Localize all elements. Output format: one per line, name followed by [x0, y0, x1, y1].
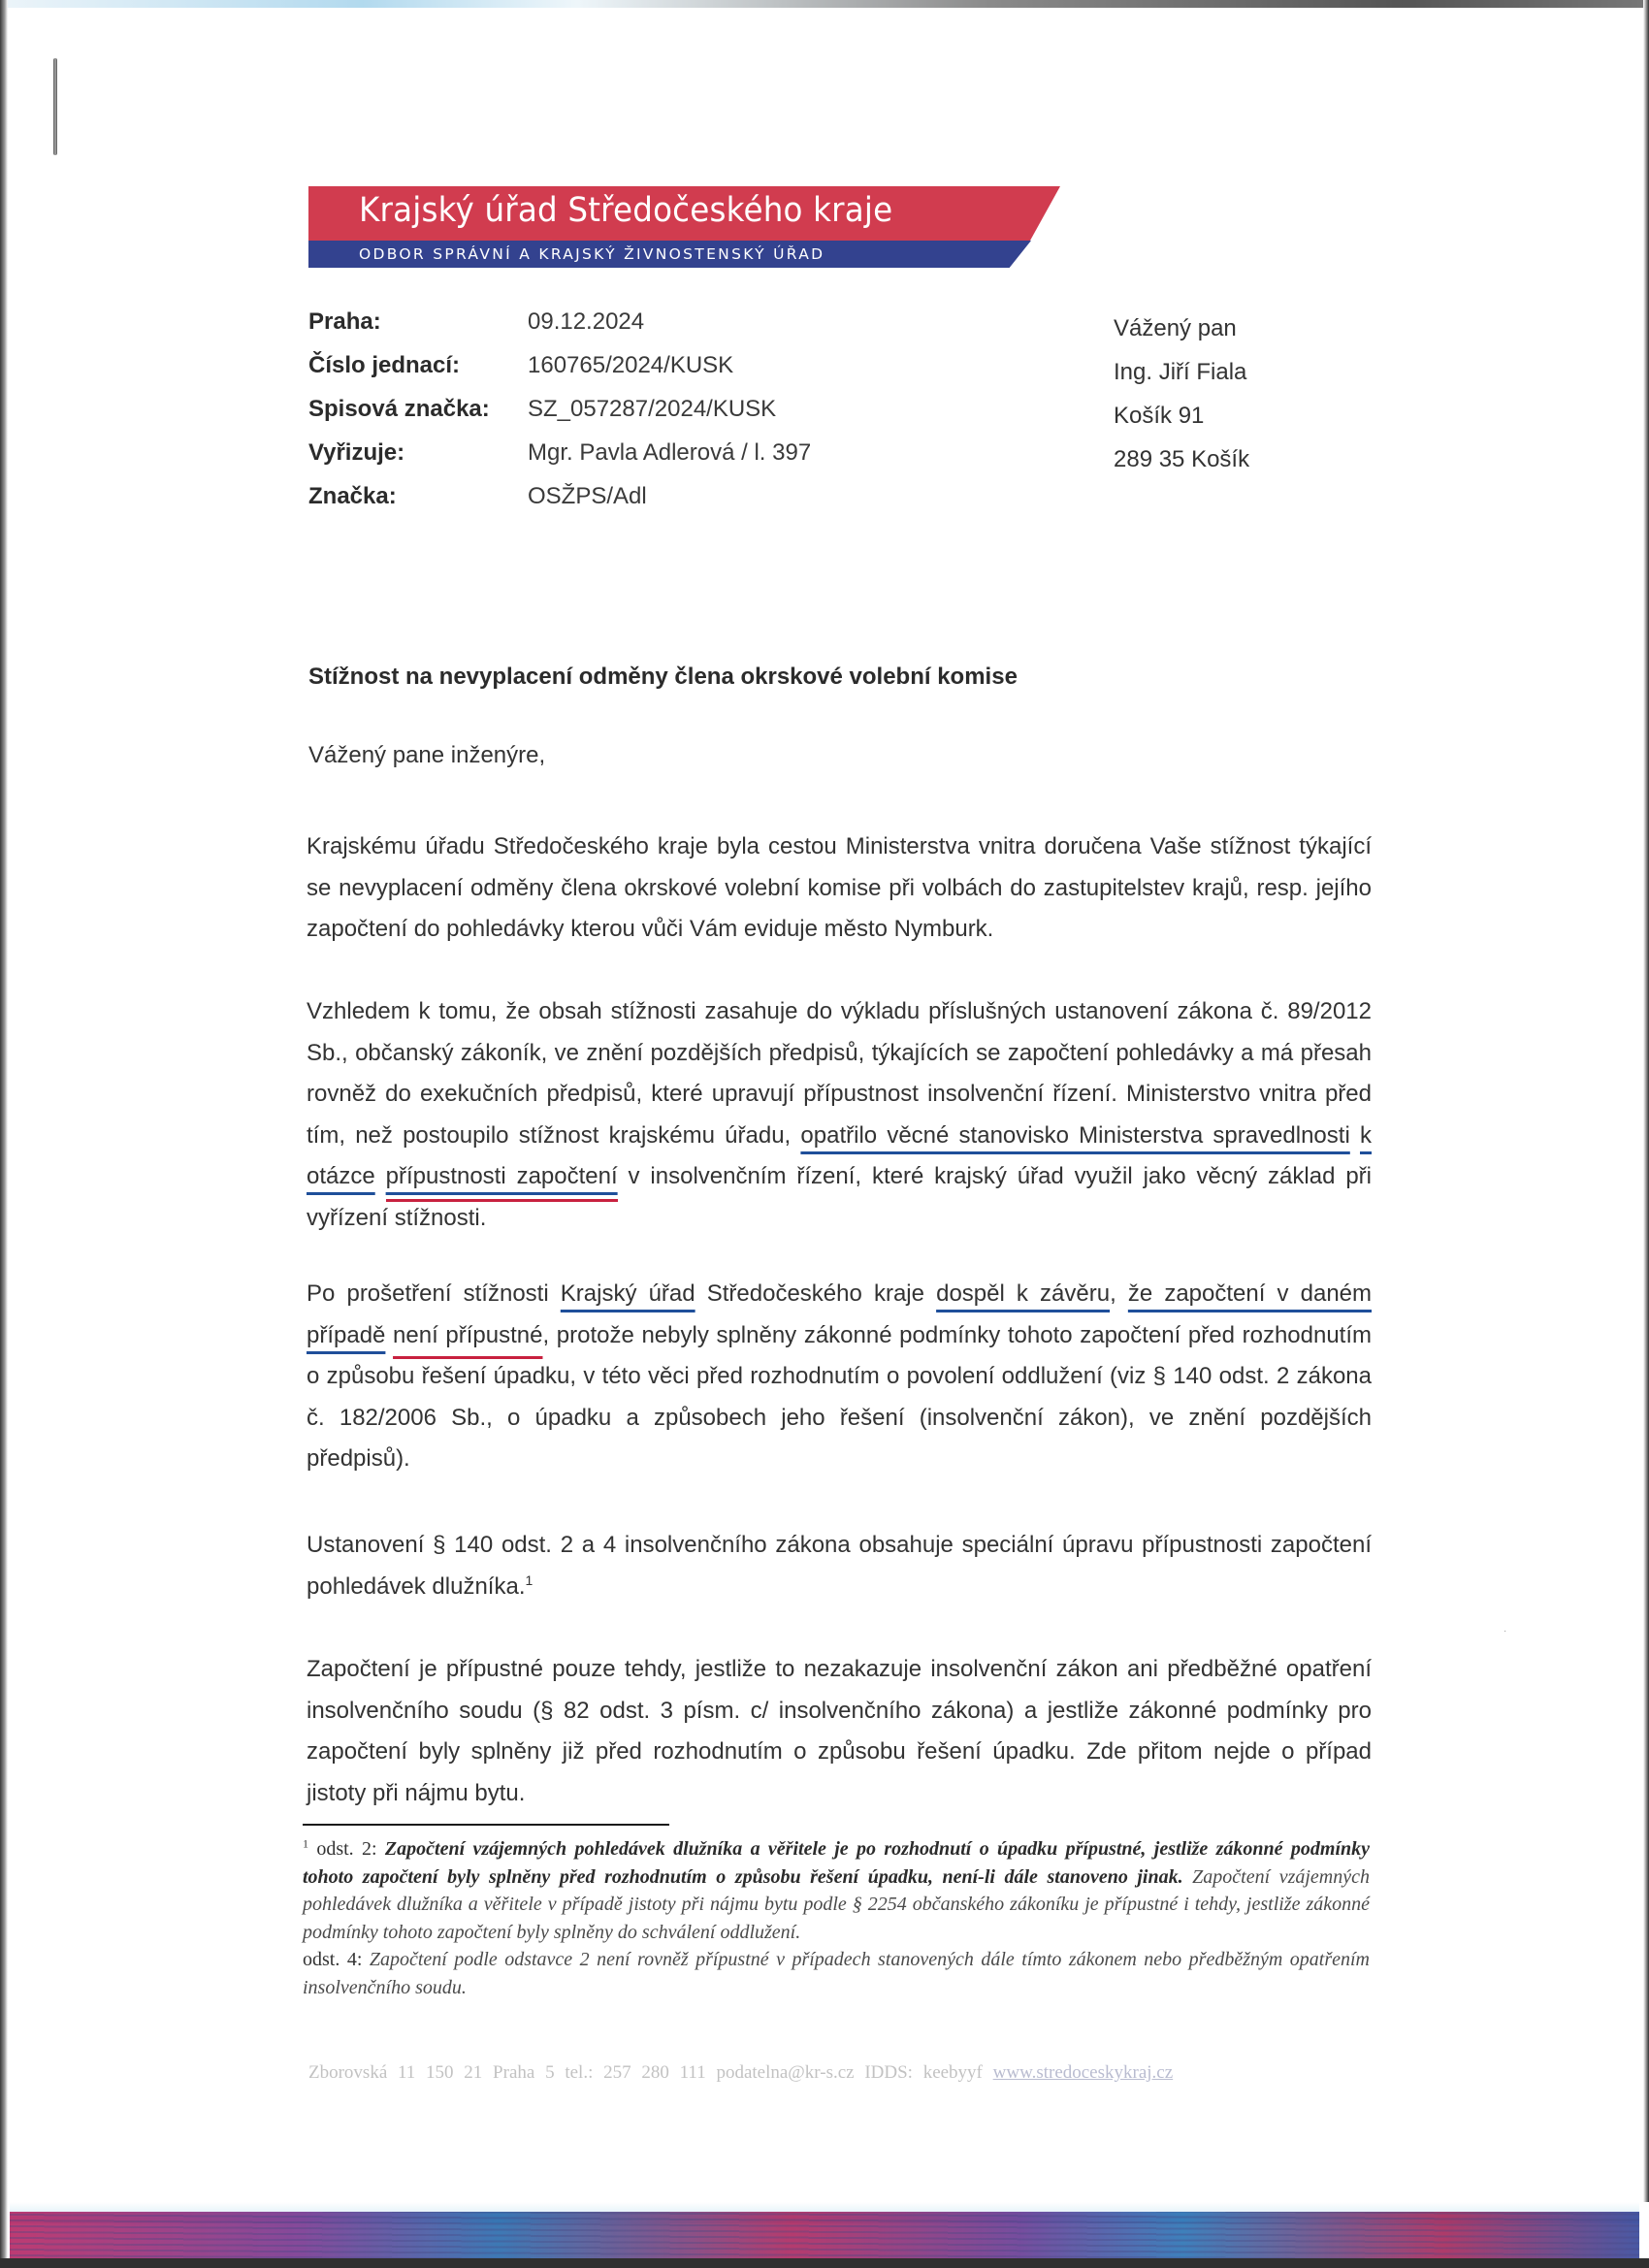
footer-website-link[interactable]: www.stredoceskykraj.cz — [993, 2062, 1174, 2083]
meta-label: Číslo jednací: — [308, 352, 460, 379]
meta-label: Spisová značka: — [308, 396, 490, 423]
meta-value: 160765/2024/KUSK — [528, 352, 733, 379]
scan-edge-bottom — [0, 2258, 1649, 2268]
address-line: 289 35 Košík — [1114, 446, 1249, 490]
footnote-reference[interactable]: 1 — [526, 1572, 533, 1588]
paragraph-text: , — [1110, 1280, 1128, 1307]
paragraph-text: Ustanovení § 140 odst. 2 a 4 insolvenční… — [307, 1532, 1372, 1600]
address-line: Vážený pan — [1114, 315, 1249, 359]
staple-mark — [53, 58, 57, 155]
letter-subject: Stížnost na nevyplacení odměny člena okr… — [308, 664, 1018, 691]
pen-underline-blue: opatřilo věcné stanovisko Ministerstva s… — [800, 1122, 1349, 1149]
footnote-number: 1 — [303, 1836, 308, 1850]
salutation: Vážený pane inženýre, — [308, 742, 545, 769]
footer-address: Zborovská 11 150 21 Praha 5 — [308, 2062, 555, 2083]
paragraph-text: Středočeského kraje — [695, 1280, 936, 1307]
letterhead-banner: Krajský úřad Středočeského kraje ODBOR S… — [308, 186, 1060, 266]
scan-edge-left — [0, 0, 8, 2268]
paragraph-5: Započtení je přípustné pouze tehdy, jest… — [307, 1649, 1372, 1814]
paragraph-2: Vzhledem k tomu, že obsah stížnosti zasa… — [307, 991, 1372, 1239]
footnote: 1 odst. 2: Započtení vzájemných pohledáv… — [303, 1835, 1370, 2001]
office-title: Krajský úřad Středočeského kraje — [359, 191, 892, 230]
address-line: Ing. Jiří Fiala — [1114, 359, 1249, 403]
meta-value: OSŽPS/Adl — [528, 483, 647, 510]
footnote-italic-text: Započtení podle odstavce 2 není rovněž p… — [303, 1949, 1370, 1998]
footnote-label: odst. 2: — [316, 1838, 385, 1860]
meta-label: Značka: — [308, 483, 397, 510]
scan-edge-top — [0, 0, 1649, 8]
footer-idds: IDDS: keebyyf — [864, 2062, 983, 2083]
scan-edge-right — [1643, 0, 1649, 2202]
footer-email: podatelna@kr-s.cz — [716, 2062, 854, 2083]
footnote-separator — [303, 1824, 669, 1826]
footer-phone: tel.: 257 280 111 — [565, 2062, 705, 2083]
meta-value: 09.12.2024 — [528, 308, 644, 336]
scan-speck: · — [1503, 1626, 1511, 1634]
letter-footer: Zborovská 11 150 21 Praha 5 tel.: 257 28… — [308, 2062, 1173, 2084]
footnote-odst-2: 1 odst. 2: Započtení vzájemných pohledáv… — [303, 1835, 1370, 1946]
pen-underline-blue: Krajský úřad — [561, 1280, 695, 1307]
meta-value: SZ_057287/2024/KUSK — [528, 396, 776, 423]
address-line: Košík 91 — [1114, 403, 1249, 446]
department-subtitle: ODBOR SPRÁVNÍ A KRAJSKÝ ŽIVNOSTENSKÝ ÚŘA… — [359, 245, 824, 263]
paragraph-3: Po prošetření stížnosti Krajský úřad Stř… — [307, 1274, 1372, 1480]
pen-underline-blue-red: přípustnosti započtení — [386, 1163, 618, 1202]
pen-underline-blue: dospěl k závěru — [936, 1280, 1110, 1307]
footnote-label: odst. 4: — [303, 1949, 370, 1970]
paragraph-text — [385, 1322, 393, 1348]
paragraph-text: Po prošetření stížnosti — [307, 1280, 561, 1307]
paragraph-4: Ustanovení § 140 odst. 2 a 4 insolvenční… — [307, 1525, 1372, 1607]
meta-label: Praha: — [308, 308, 381, 336]
pen-underline-red: není přípustné — [393, 1322, 542, 1348]
paragraph-1: Krajskému úřadu Středočeského kraje byla… — [307, 826, 1372, 951]
meta-value: Mgr. Pavla Adlerová / l. 397 — [528, 439, 811, 467]
footnote-odst-4: odst. 4: Započtení podle odstavce 2 není… — [303, 1946, 1370, 2001]
recipient-address: Vážený pan Ing. Jiří Fiala Košík 91 289 … — [1114, 315, 1249, 490]
meta-label: Vyřizuje: — [308, 439, 404, 467]
